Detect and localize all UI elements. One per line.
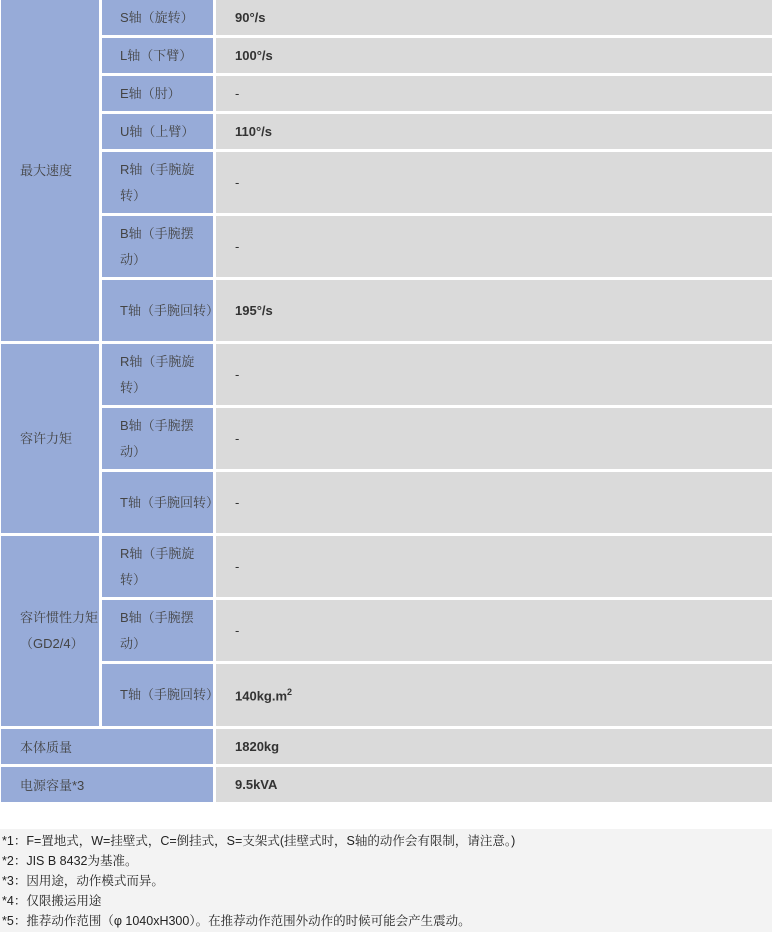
table-row: E轴（肘） -: [1, 76, 772, 111]
axis-value: -: [216, 344, 772, 405]
axis-label: R轴（手腕旋转）: [102, 344, 213, 405]
axis-value: -: [216, 600, 772, 661]
footnote-4: *4：仅限搬运用途: [0, 891, 772, 911]
axis-label: T轴（手腕回转）: [102, 472, 213, 533]
axis-label: B轴（手腕摆动）: [102, 600, 213, 661]
axis-label: R轴（手腕旋转）: [102, 152, 213, 213]
footnote-2: *2：JIS B 8432为基准。: [0, 851, 772, 871]
value-text: 140kg.m: [235, 688, 287, 703]
table-row: T轴（手腕回转） 195°/s: [1, 280, 772, 341]
table-row: B轴（手腕摆动） -: [1, 600, 772, 661]
group-label-allowable-inertia: 容许惯性力矩 （GD2/4）: [1, 536, 99, 726]
table-row: L轴（下臂） 100°/s: [1, 38, 772, 73]
mass-label: 本体质量: [1, 729, 213, 764]
axis-value: 90°/s: [216, 0, 772, 35]
table-row: 容许惯性力矩 （GD2/4） R轴（手腕旋转） -: [1, 536, 772, 597]
spec-table: 最大速度 S轴（旋转） 90°/s L轴（下臂） 100°/s E轴（肘） - …: [0, 0, 772, 805]
axis-value: 140kg.m2: [216, 664, 772, 726]
axis-value: -: [216, 76, 772, 111]
axis-label: T轴（手腕回转）: [102, 280, 213, 341]
axis-label: E轴（肘）: [102, 76, 213, 111]
power-label: 电源容量*3: [1, 767, 213, 802]
group-label-allowable-moment: 容许力矩: [1, 344, 99, 533]
group-label-max-speed: 最大速度: [1, 0, 99, 341]
footnote-5: *5：推荐动作范围（φ 1040xH300）。在推荐动作范围外动作的时候可能会产…: [0, 911, 772, 931]
axis-label: L轴（下臂）: [102, 38, 213, 73]
axis-value: -: [216, 408, 772, 469]
table-row: T轴（手腕回转） 140kg.m2: [1, 664, 772, 726]
axis-label: R轴（手腕旋转）: [102, 536, 213, 597]
footnote-1: *1：F=置地式，W=挂壁式，C=倒挂式，S=支架式(挂壁式时，S轴的动作会有限…: [0, 831, 772, 851]
axis-value: -: [216, 152, 772, 213]
table-row: T轴（手腕回转） -: [1, 472, 772, 533]
table-row: 最大速度 S轴（旋转） 90°/s: [1, 0, 772, 35]
axis-label: B轴（手腕摆动）: [102, 408, 213, 469]
table-row: 电源容量*3 9.5kVA: [1, 767, 772, 802]
axis-value: -: [216, 216, 772, 277]
inertia-label: 容许惯性力矩: [20, 610, 98, 625]
power-value: 9.5kVA: [216, 767, 772, 802]
axis-label: S轴（旋转）: [102, 0, 213, 35]
table-row: 本体质量 1820kg: [1, 729, 772, 764]
axis-value: 110°/s: [216, 114, 772, 149]
table-row: B轴（手腕摆动） -: [1, 408, 772, 469]
axis-label: B轴（手腕摆动）: [102, 216, 213, 277]
table-row: U轴（上臂） 110°/s: [1, 114, 772, 149]
table-row: B轴（手腕摆动） -: [1, 216, 772, 277]
table-row: 容许力矩 R轴（手腕旋转） -: [1, 344, 772, 405]
axis-value: 100°/s: [216, 38, 772, 73]
axis-value: -: [216, 472, 772, 533]
axis-label: U轴（上臂）: [102, 114, 213, 149]
mass-value: 1820kg: [216, 729, 772, 764]
footnote-3: *3：因用途，动作模式而异。: [0, 871, 772, 891]
value-superscript: 2: [287, 687, 292, 697]
axis-value: -: [216, 536, 772, 597]
inertia-label-sub: （GD2/4）: [20, 636, 84, 651]
axis-value: 195°/s: [216, 280, 772, 341]
footnotes: *1：F=置地式，W=挂壁式，C=倒挂式，S=支架式(挂壁式时，S轴的动作会有限…: [0, 829, 772, 932]
axis-label: T轴（手腕回转）: [102, 664, 213, 726]
table-row: R轴（手腕旋转） -: [1, 152, 772, 213]
